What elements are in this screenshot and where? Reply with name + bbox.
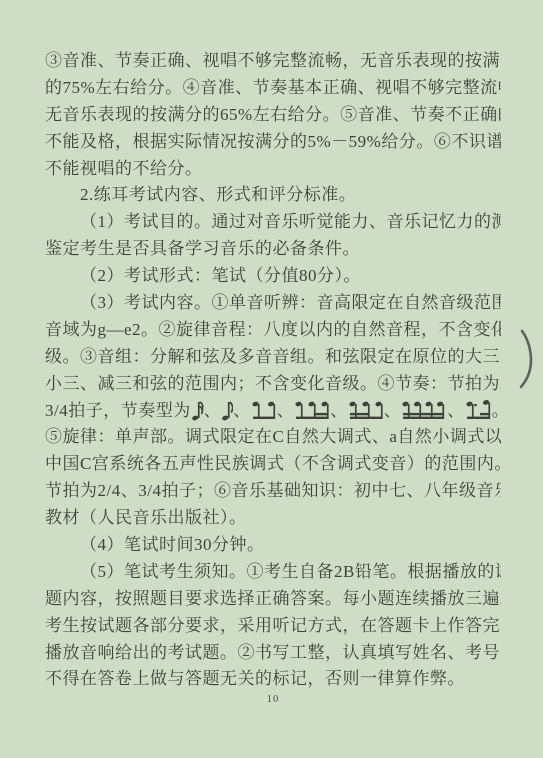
text-line: 播放音响给出的考试题。②书写工整，认真填写姓名、考号， xyxy=(45,640,501,667)
text-line: 不能及格，根据实际情况按满分的5%－59%给分。⑥不识谱、 xyxy=(45,129,501,156)
notation-sixteenth-note-icon xyxy=(191,399,204,423)
paragraph: ③音准、节奏正确、视唱不够完整流畅，无音乐表现的按满分的75%左右给分。④音准、… xyxy=(45,48,501,182)
text-line: 无音乐表现的按满分的65%左右给分。⑤音准、节奏不正确的， xyxy=(45,102,501,129)
notation-separator: 、 xyxy=(233,398,251,425)
scanned-document-page: ③音准、节奏正确、视唱不够完整流畅，无音乐表现的按满分的75%左右给分。④音准、… xyxy=(0,0,543,758)
paragraph: （5）笔试考生须知。①考生自备2B铅笔。根据播放的试题内容，按照题目要求选择正确… xyxy=(45,559,501,693)
notation-separator: 、 xyxy=(277,398,295,425)
text-line: （2）考试形式：笔试（分值80分）。 xyxy=(45,263,501,290)
notation-four-sixteenths-beamed-icon xyxy=(401,399,447,423)
notation-separator: 、 xyxy=(204,398,222,425)
page-number: 10 xyxy=(45,694,501,705)
rhythm-notation-line: 3/4拍子，节奏型为、、、、、、。 xyxy=(45,398,501,425)
text-line: 题内容，按照题目要求选择正确答案。每小题连续播放三遍。 xyxy=(45,586,501,613)
text-line: 小三、减三和弦的范围内；不含变化音级。④节奏：节拍为2/4、 xyxy=(45,371,501,398)
notation-eighth-plus-two-sixteenths-icon xyxy=(294,399,330,423)
paragraph: （3）考试内容。①单音听辨：音高限定在自然音级范围内；音域为g—e2。②旋律音程… xyxy=(45,290,501,532)
text-line: 节拍为2/4、3/4拍子；⑥音乐基础知识：初中七、八年级音乐 xyxy=(45,478,501,505)
text-line: （1）考试目的。通过对音乐听觉能力、音乐记忆力的测试， xyxy=(45,209,501,236)
paragraph: （1）考试目的。通过对音乐听觉能力、音乐记忆力的测试，鉴定考生是否具备学习音乐的… xyxy=(45,209,501,263)
paragraph: （2）考试形式：笔试（分值80分）。 xyxy=(45,263,501,290)
notation-line-prefix: 3/4拍子，节奏型为 xyxy=(45,398,191,425)
document-text: ③音准、节奏正确、视唱不够完整流畅，无音乐表现的按满分的75%左右给分。④音准、… xyxy=(45,48,501,693)
text-line: 不得在答卷上做与答题无关的标记，否则一律算作弊。 xyxy=(45,666,501,693)
text-line: ③音准、节奏正确、视唱不够完整流畅，无音乐表现的按满分 xyxy=(45,48,501,75)
text-line: 2.练耳考试内容、形式和评分标准。 xyxy=(45,182,501,209)
text-line: ⑤旋律：单声部。调式限定在C自然大调式、a自然小调式以及 xyxy=(45,424,501,451)
notation-dotted-eighth-plus-sixteenth-icon xyxy=(465,399,492,423)
notation-eighth-note-icon xyxy=(221,399,233,423)
text-line: （5）笔试考生须知。①考生自备2B铅笔。根据播放的试 xyxy=(45,559,501,586)
paragraph: （4）笔试时间30分钟。 xyxy=(45,532,501,559)
text-line: 考生按试题各部分要求，采用听记方式，在答题卡上作答完成 xyxy=(45,613,501,640)
text-line: 中国C宫系统各五声性民族调式（不含调式变音）的范围内。 xyxy=(45,451,501,478)
notation-two-sixteenths-plus-eighth-icon xyxy=(348,399,384,423)
text-line: （3）考试内容。①单音听辨：音高限定在自然音级范围内； xyxy=(45,290,501,317)
notation-separator: 、 xyxy=(330,398,348,425)
notation-separator: 、 xyxy=(447,398,465,425)
notation-separator: 、 xyxy=(384,398,402,425)
text-line: 不能视唱的不给分。 xyxy=(45,156,501,183)
notation-two-eighths-beamed-icon xyxy=(251,399,277,423)
text-line: 的75%左右给分。④音准、节奏基本正确、视唱不够完整流畅， xyxy=(45,75,501,102)
text-line: 级。③音组：分解和弦及多音音组。和弦限定在原位的大三、 xyxy=(45,344,501,371)
notation-line-suffix: 。 xyxy=(492,398,501,425)
scan-artifact-curve-mark xyxy=(518,327,536,391)
text-line: （4）笔试时间30分钟。 xyxy=(45,532,501,559)
text-line: 音域为g—e2。②旋律音程：八度以内的自然音程，不含变化音 xyxy=(45,317,501,344)
text-line: 鉴定考生是否具备学习音乐的必备条件。 xyxy=(45,236,501,263)
paragraph: 2.练耳考试内容、形式和评分标准。 xyxy=(45,182,501,209)
text-line: 教材（人民音乐出版社）。 xyxy=(45,505,501,532)
